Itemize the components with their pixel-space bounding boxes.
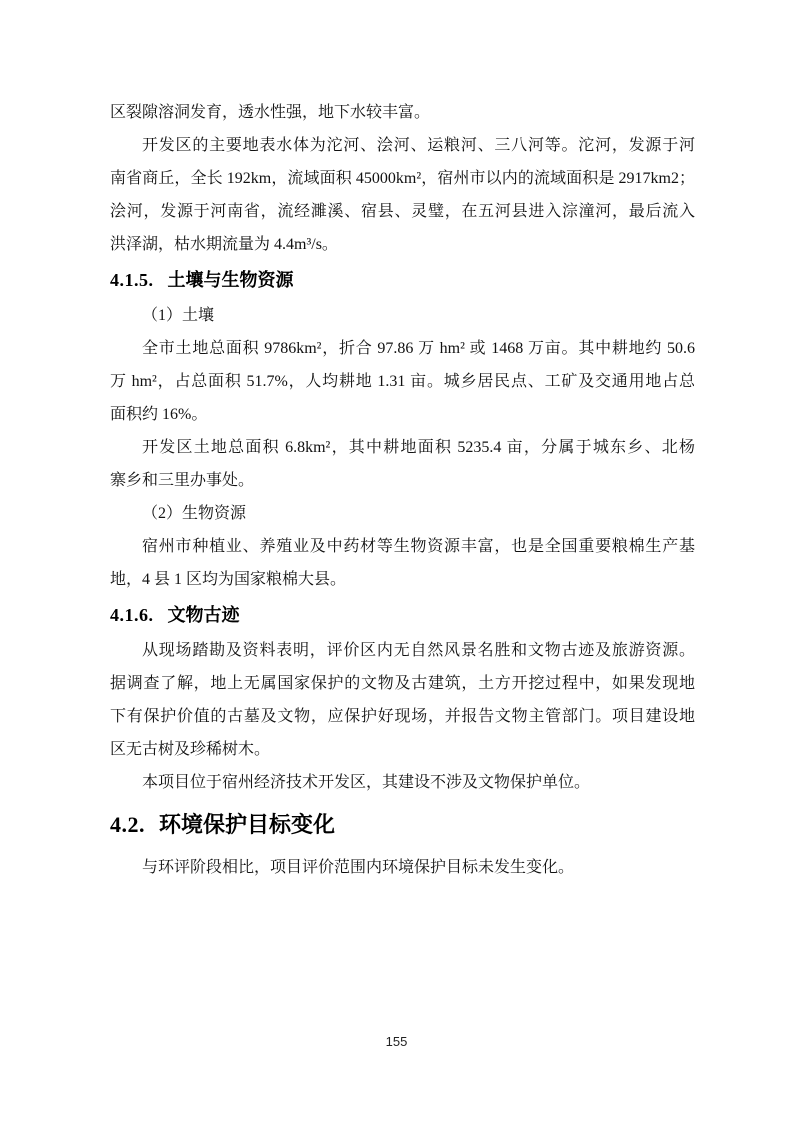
- text-line: 从现场踏勘及资料表明，评价区内无自然风景名胜和文物古迹及旅游资源。: [110, 634, 695, 667]
- heading-number: 4.2.: [110, 812, 145, 837]
- text-line: 据调查了解，地上无属国家保护的文物及古建筑，土方开挖过程中，如果发现地: [110, 667, 695, 700]
- heading-title: 环境保护目标变化: [159, 812, 335, 837]
- paragraph-hydrogeology-tail: 区裂隙溶洞发育，透水性强，地下水较丰富。: [110, 96, 695, 129]
- text-line: 下有保护价值的古墓及文物，应保护好现场，并报告文物主管部门。项目建设地: [110, 700, 695, 733]
- text-line: 开发区土地总面积 6.8km²，其中耕地面积 5235.4 亩，分属于城东乡、北…: [110, 431, 695, 464]
- page-body: 区裂隙溶洞发育，透水性强，地下水较丰富。 开发区的主要地表水体为沱河、浍河、运粮…: [110, 96, 695, 884]
- paragraph-surface-water: 开发区的主要地表水体为沱河、浍河、运粮河、三八河等。沱河，发源于河南省商丘，全长…: [110, 129, 695, 261]
- paragraph-soil-label: （1）土壤: [110, 299, 695, 332]
- text-line: 宿州市种植业、养殖业及中药材等生物资源丰富，也是全国重要粮棉生产基: [110, 530, 695, 563]
- text-line: 全市土地总面积 9786km²，折合 97.86 万 hm² 或 1468 万亩…: [110, 332, 695, 365]
- text-line: （1）土壤: [110, 299, 695, 332]
- paragraph-bio-resources: 宿州市种植业、养殖业及中药材等生物资源丰富，也是全国重要粮棉生产基地，4 县 1…: [110, 530, 695, 596]
- text-line: 浍河，发源于河南省，流经濉溪、宿县、灵璧，在五河县进入淙潼河，最后流入: [110, 195, 695, 228]
- text-line: 区裂隙溶洞发育，透水性强，地下水较丰富。: [110, 96, 695, 129]
- text-line: 地，4 县 1 区均为国家粮棉大县。: [110, 563, 695, 596]
- text-line: 开发区的主要地表水体为沱河、浍河、运粮河、三八河等。沱河，发源于河: [110, 129, 695, 162]
- section-heading-4-2: 4.2.环境保护目标变化: [110, 807, 695, 843]
- paragraph-cultural-relics: 从现场踏勘及资料表明，评价区内无自然风景名胜和文物古迹及旅游资源。据调查了解，地…: [110, 634, 695, 766]
- paragraph-bio-label: （2）生物资源: [110, 497, 695, 530]
- document-page: 区裂隙溶洞发育，透水性强，地下水较丰富。 开发区的主要地表水体为沱河、浍河、运粮…: [0, 0, 793, 1122]
- text-line: 南省商丘，全长 192km，流域面积 45000km²，宿州市以内的流域面积是 …: [110, 162, 695, 195]
- paragraph-soil-city: 全市土地总面积 9786km²，折合 97.86 万 hm² 或 1468 万亩…: [110, 332, 695, 431]
- heading-number: 4.1.6.: [110, 605, 154, 625]
- section-heading-4-1-5: 4.1.5.土壤与生物资源: [110, 267, 695, 293]
- page-number: 155: [0, 1034, 793, 1049]
- heading-number: 4.1.5.: [110, 270, 154, 290]
- section-heading-4-1-6: 4.1.6.文物古迹: [110, 602, 695, 628]
- text-line: 万 hm²，占总面积 51.7%，人均耕地 1.31 亩。城乡居民点、工矿及交通…: [110, 365, 695, 398]
- text-line: 面积约 16%。: [110, 398, 695, 431]
- text-line: 区无古树及珍稀树木。: [110, 733, 695, 766]
- paragraph-relics-site: 本项目位于宿州经济技术开发区，其建设不涉及文物保护单位。: [110, 766, 695, 799]
- text-line: 与环评阶段相比，项目评价范围内环境保护目标未发生变化。: [110, 851, 695, 884]
- text-line: 本项目位于宿州经济技术开发区，其建设不涉及文物保护单位。: [110, 766, 695, 799]
- heading-title: 土壤与生物资源: [168, 270, 294, 290]
- heading-title: 文物古迹: [168, 605, 240, 625]
- text-line: （2）生物资源: [110, 497, 695, 530]
- paragraph-target-change: 与环评阶段相比，项目评价范围内环境保护目标未发生变化。: [110, 851, 695, 884]
- text-line: 寨乡和三里办事处。: [110, 464, 695, 497]
- paragraph-soil-devzone: 开发区土地总面积 6.8km²，其中耕地面积 5235.4 亩，分属于城东乡、北…: [110, 431, 695, 497]
- text-line: 洪泽湖，枯水期流量为 4.4m³/s。: [110, 228, 695, 261]
